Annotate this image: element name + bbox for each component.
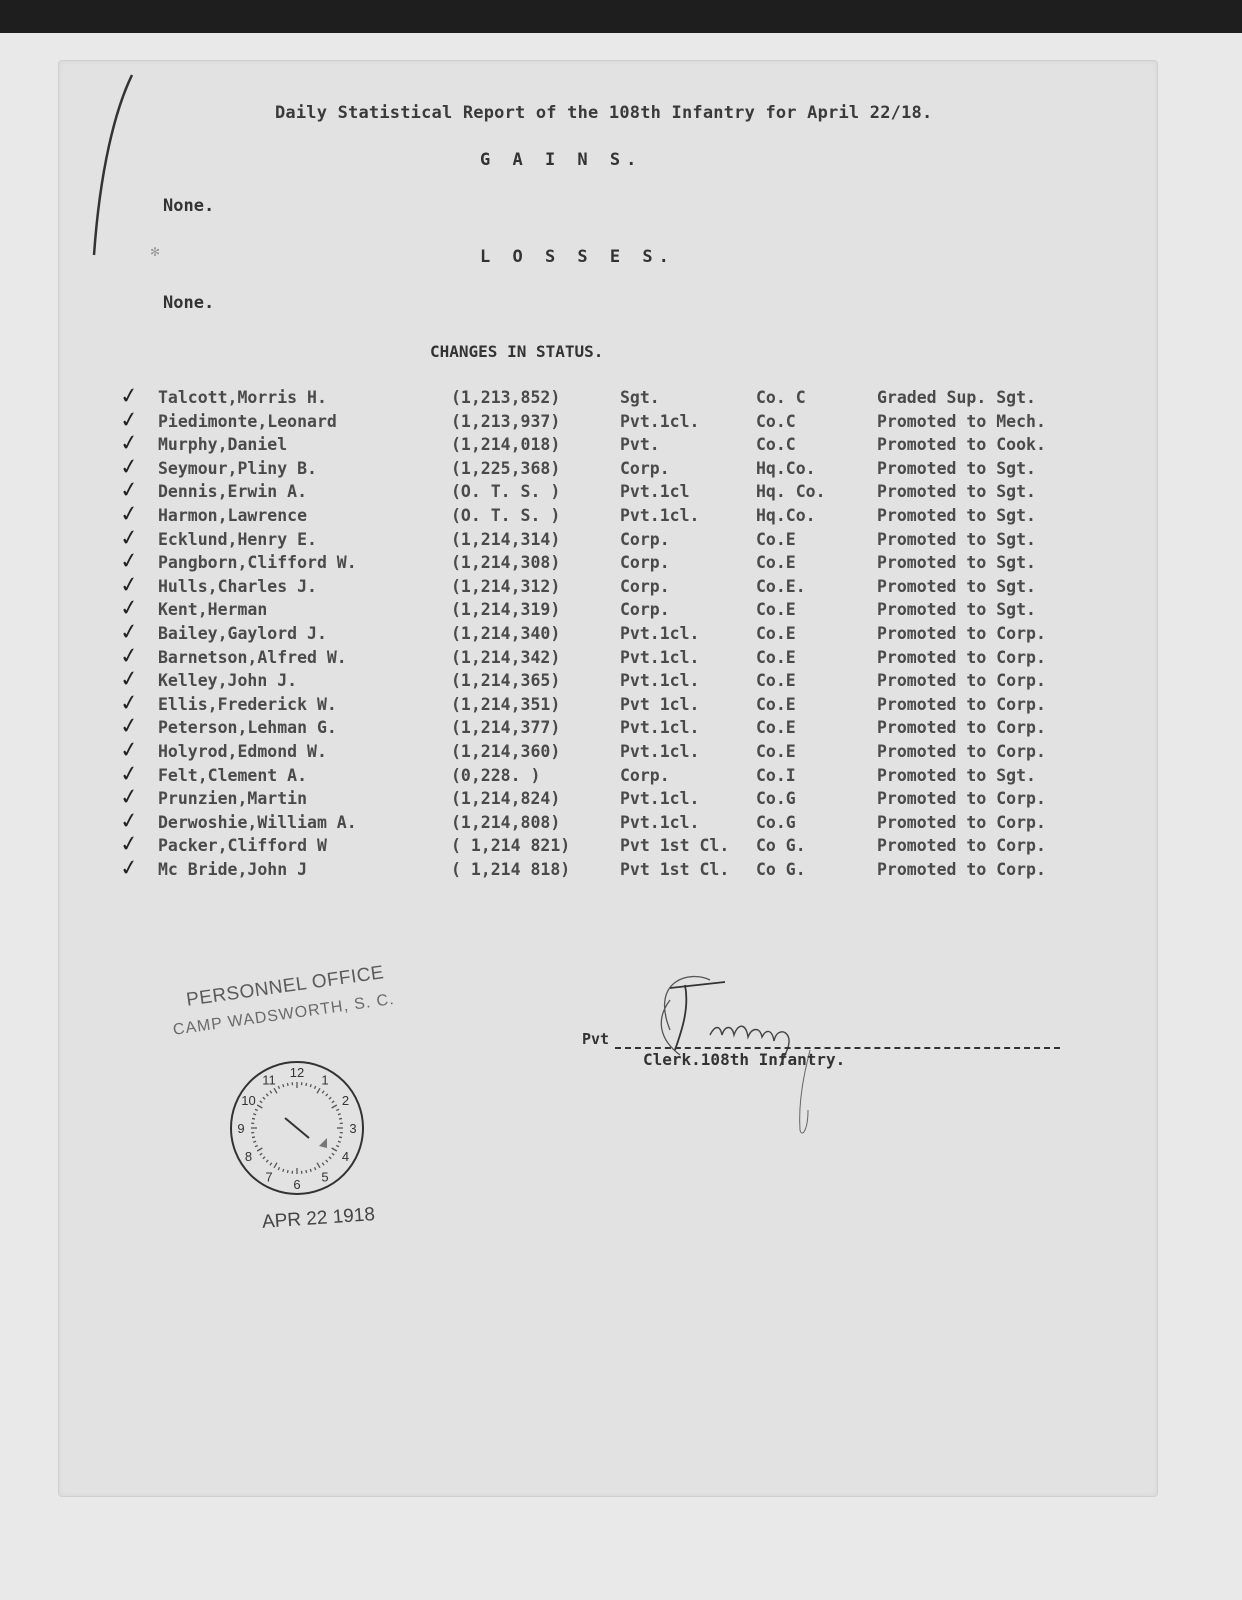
- soldier-name: Prunzien,Martin: [158, 789, 307, 808]
- status-change: Promoted to Sgt.: [877, 506, 1036, 525]
- serial-number: ( 1,214 818): [451, 860, 570, 879]
- table-row: ✓Murphy,Daniel(1,214,018)Pvt.Co.CPromote…: [0, 435, 1242, 459]
- gains-heading: G A I N S.: [480, 150, 642, 170]
- grade: Corp.: [620, 530, 670, 549]
- table-row: ✓Kelley,John J.(1,214,365)Pvt.1cl.Co.EPr…: [0, 671, 1242, 695]
- soldier-name: Kelley,John J.: [158, 671, 297, 690]
- soldier-name: Ellis,Frederick W.: [158, 695, 337, 714]
- check-mark-icon: ✓: [118, 524, 140, 551]
- check-mark-icon: ✓: [118, 784, 140, 811]
- svg-text:1: 1: [321, 1073, 328, 1088]
- grade: Corp.: [620, 577, 670, 596]
- svg-text:3: 3: [349, 1121, 356, 1136]
- table-row: ✓Prunzien,Martin(1,214,824)Pvt.1cl.Co.GP…: [0, 789, 1242, 813]
- table-row: ✓Hulls,Charles J.(1,214,312)Corp.Co.E.Pr…: [0, 577, 1242, 601]
- grade: Pvt.1cl.: [620, 813, 699, 832]
- table-row: ✓Ellis,Frederick W.(1,214,351)Pvt 1cl.Co…: [0, 695, 1242, 719]
- company: Co.E: [756, 648, 796, 667]
- svg-text:12: 12: [290, 1065, 304, 1080]
- serial-number: (1,214,342): [451, 648, 560, 667]
- table-row: ✓Holyrod,Edmond W.(1,214,360)Pvt.1cl.Co.…: [0, 742, 1242, 766]
- grade: Pvt.1cl.: [620, 742, 699, 761]
- company: Co.E.: [756, 577, 806, 596]
- serial-number: (1,213,937): [451, 412, 560, 431]
- company: Co G.: [756, 860, 806, 879]
- check-mark-icon: ✓: [118, 760, 140, 787]
- status-change: Promoted to Corp.: [877, 624, 1046, 643]
- grade: Corp.: [620, 766, 670, 785]
- table-row: ✓Mc Bride,John J( 1,214 818)Pvt 1st Cl.C…: [0, 860, 1242, 884]
- company: Co G.: [756, 836, 806, 855]
- status-change: Promoted to Corp.: [877, 695, 1046, 714]
- serial-number: (O. T. S. ): [451, 506, 560, 525]
- svg-text:5: 5: [321, 1169, 328, 1184]
- check-mark-icon: ✓: [118, 595, 140, 622]
- status-change: Promoted to Corp.: [877, 648, 1046, 667]
- table-row: ✓Harmon,Lawrence(O. T. S. )Pvt.1cl.Hq.Co…: [0, 506, 1242, 530]
- status-change: Promoted to Sgt.: [877, 530, 1036, 549]
- clock-stamp-icon: 121234567891011: [227, 1058, 367, 1198]
- company: Hq.Co.: [756, 459, 816, 478]
- grade: Pvt 1st Cl.: [620, 860, 729, 879]
- grade: Pvt.1cl.: [620, 412, 699, 431]
- table-row: ✓Kent,Herman(1,214,319)Corp.Co.EPromoted…: [0, 600, 1242, 624]
- soldier-name: Harmon,Lawrence: [158, 506, 307, 525]
- svg-text:9: 9: [237, 1121, 244, 1136]
- check-mark-icon: ✓: [118, 642, 140, 669]
- table-row: ✓Felt,Clement A.(0,228. )Corp.Co.IPromot…: [0, 766, 1242, 790]
- serial-number: (1,214,308): [451, 553, 560, 572]
- grade: Pvt.1cl.: [620, 648, 699, 667]
- svg-text:11: 11: [262, 1073, 276, 1088]
- grade: Corp.: [620, 459, 670, 478]
- status-change: Promoted to Corp.: [877, 718, 1046, 737]
- serial-number: ( 1,214 821): [451, 836, 570, 855]
- company: Co.E: [756, 718, 796, 737]
- serial-number: (1,214,319): [451, 600, 560, 619]
- status-change: Promoted to Corp.: [877, 813, 1046, 832]
- table-row: ✓Peterson,Lehman G.(1,214,377)Pvt.1cl.Co…: [0, 718, 1242, 742]
- check-mark-icon: ✓: [118, 501, 140, 528]
- soldier-name: Pangborn,Clifford W.: [158, 553, 357, 572]
- soldier-name: Felt,Clement A.: [158, 766, 307, 785]
- status-change: Promoted to Corp.: [877, 742, 1046, 761]
- company: Co.E: [756, 553, 796, 572]
- company: Co.G: [756, 813, 796, 832]
- check-mark-icon: ✓: [118, 713, 140, 740]
- check-mark-icon: ✓: [118, 855, 140, 882]
- table-row: ✓Talcott,Morris H.(1,213,852)Sgt.Co. CGr…: [0, 388, 1242, 412]
- table-row: ✓Ecklund,Henry E.(1,214,314)Corp.Co.EPro…: [0, 530, 1242, 554]
- company: Co.C: [756, 412, 796, 431]
- check-mark-icon: ✓: [118, 406, 140, 433]
- soldier-name: Kent,Herman: [158, 600, 267, 619]
- scanner-top-border: [0, 0, 1242, 33]
- losses-heading: L O S S E S.: [480, 247, 675, 267]
- check-mark-icon: ✓: [118, 619, 140, 646]
- check-mark-icon: ✓: [118, 548, 140, 575]
- soldier-name: Peterson,Lehman G.: [158, 718, 337, 737]
- soldier-name: Ecklund,Henry E.: [158, 530, 317, 549]
- company: Co.G: [756, 789, 796, 808]
- table-row: ✓Pangborn,Clifford W.(1,214,308)Corp.Co.…: [0, 553, 1242, 577]
- signature-rank: Pvt: [582, 1030, 609, 1048]
- grade: Sgt.: [620, 388, 660, 407]
- svg-text:10: 10: [241, 1093, 255, 1108]
- signature-line: [615, 1047, 1060, 1049]
- serial-number: (1,225,368): [451, 459, 560, 478]
- company: Hq. Co.: [756, 482, 826, 501]
- serial-number: (1,214,360): [451, 742, 560, 761]
- company: Co.E: [756, 695, 796, 714]
- grade: Pvt 1st Cl.: [620, 836, 729, 855]
- check-mark-icon: ✓: [118, 737, 140, 764]
- serial-number: (1,214,824): [451, 789, 560, 808]
- soldier-name: Barnetson,Alfred W.: [158, 648, 347, 667]
- status-change: Promoted to Sgt.: [877, 553, 1036, 572]
- grade: Pvt.1cl.: [620, 624, 699, 643]
- soldier-name: Hulls,Charles J.: [158, 577, 317, 596]
- status-change: Promoted to Sgt.: [877, 766, 1036, 785]
- status-change: Promoted to Corp.: [877, 860, 1046, 879]
- report-title: Daily Statistical Report of the 108th In…: [275, 103, 932, 123]
- svg-text:2: 2: [342, 1093, 349, 1108]
- company: Co. C: [756, 388, 806, 407]
- company: Hq.Co.: [756, 506, 816, 525]
- check-mark-icon: ✓: [118, 831, 140, 858]
- status-change: Graded Sup. Sgt.: [877, 388, 1036, 407]
- company: Co.E: [756, 530, 796, 549]
- status-change: Promoted to Sgt.: [877, 482, 1036, 501]
- status-change: Promoted to Corp.: [877, 671, 1046, 690]
- margin-pen-stroke: [80, 70, 140, 260]
- soldier-name: Piedimonte,Leonard: [158, 412, 337, 431]
- status-change: Promoted to Sgt.: [877, 600, 1036, 619]
- signature-title: Clerk.108th Infantry.: [643, 1050, 845, 1069]
- serial-number: (1,214,808): [451, 813, 560, 832]
- gains-text: None.: [163, 196, 214, 216]
- soldier-name: Dennis,Erwin A.: [158, 482, 307, 501]
- serial-number: (0,228. ): [451, 766, 540, 785]
- serial-number: (1,214,312): [451, 577, 560, 596]
- soldier-name: Bailey,Gaylord J.: [158, 624, 327, 643]
- status-change: Promoted to Mech.: [877, 412, 1046, 431]
- table-row: ✓Seymour,Pliny B.(1,225,368)Corp.Hq.Co.P…: [0, 459, 1242, 483]
- svg-text:7: 7: [265, 1169, 272, 1184]
- serial-number: (1,214,365): [451, 671, 560, 690]
- grade: Pvt.1cl.: [620, 718, 699, 737]
- table-row: ✓Dennis,Erwin A.(O. T. S. )Pvt.1clHq. Co…: [0, 482, 1242, 506]
- grade: Pvt.1cl.: [620, 506, 699, 525]
- svg-text:4: 4: [342, 1149, 349, 1164]
- svg-text:6: 6: [293, 1177, 300, 1192]
- losses-text: None.: [163, 293, 214, 313]
- soldier-name: Mc Bride,John J: [158, 860, 307, 879]
- grade: Pvt.1cl.: [620, 789, 699, 808]
- serial-number: (1,214,351): [451, 695, 560, 714]
- grade: Corp.: [620, 600, 670, 619]
- company: Co.I: [756, 766, 796, 785]
- table-row: ✓Bailey,Gaylord J.(1,214,340)Pvt.1cl.Co.…: [0, 624, 1242, 648]
- grade: Pvt.1cl.: [620, 671, 699, 690]
- status-change: Promoted to Cook.: [877, 435, 1046, 454]
- table-row: ✓Piedimonte,Leonard(1,213,937)Pvt.1cl.Co…: [0, 412, 1242, 436]
- grade: Pvt.1cl: [620, 482, 690, 501]
- check-mark-icon: ✓: [118, 477, 140, 504]
- status-change: Promoted to Corp.: [877, 836, 1046, 855]
- serial-number: (1,214,314): [451, 530, 560, 549]
- company: Co.C: [756, 435, 796, 454]
- status-change: Promoted to Corp.: [877, 789, 1046, 808]
- serial-number: (1,214,340): [451, 624, 560, 643]
- status-change: Promoted to Sgt.: [877, 577, 1036, 596]
- serial-number: (1,214,377): [451, 718, 560, 737]
- serial-number: (1,213,852): [451, 388, 560, 407]
- svg-text:8: 8: [245, 1149, 252, 1164]
- faint-stamp-mark: ✻: [150, 245, 160, 259]
- grade: Corp.: [620, 553, 670, 572]
- soldier-name: Holyrod,Edmond W.: [158, 742, 327, 761]
- table-row: ✓Derwoshie,William A.(1,214,808)Pvt.1cl.…: [0, 813, 1242, 837]
- soldier-name: Derwoshie,William A.: [158, 813, 357, 832]
- company: Co.E: [756, 624, 796, 643]
- serial-number: (1,214,018): [451, 435, 560, 454]
- changes-heading: CHANGES IN STATUS.: [430, 342, 603, 361]
- company: Co.E: [756, 742, 796, 761]
- soldier-name: Packer,Clifford W: [158, 836, 327, 855]
- status-change: Promoted to Sgt.: [877, 459, 1036, 478]
- grade: Pvt.: [620, 435, 660, 454]
- soldier-name: Talcott,Morris H.: [158, 388, 327, 407]
- check-mark-icon: ✓: [118, 383, 140, 410]
- company: Co.E: [756, 600, 796, 619]
- table-row: ✓Packer,Clifford W( 1,214 821)Pvt 1st Cl…: [0, 836, 1242, 860]
- soldier-name: Seymour,Pliny B.: [158, 459, 317, 478]
- serial-number: (O. T. S. ): [451, 482, 560, 501]
- grade: Pvt 1cl.: [620, 695, 699, 714]
- table-row: ✓Barnetson,Alfred W.(1,214,342)Pvt.1cl.C…: [0, 648, 1242, 672]
- soldier-name: Murphy,Daniel: [158, 435, 287, 454]
- check-mark-icon: ✓: [118, 666, 140, 693]
- check-mark-icon: ✓: [118, 430, 140, 457]
- company: Co.E: [756, 671, 796, 690]
